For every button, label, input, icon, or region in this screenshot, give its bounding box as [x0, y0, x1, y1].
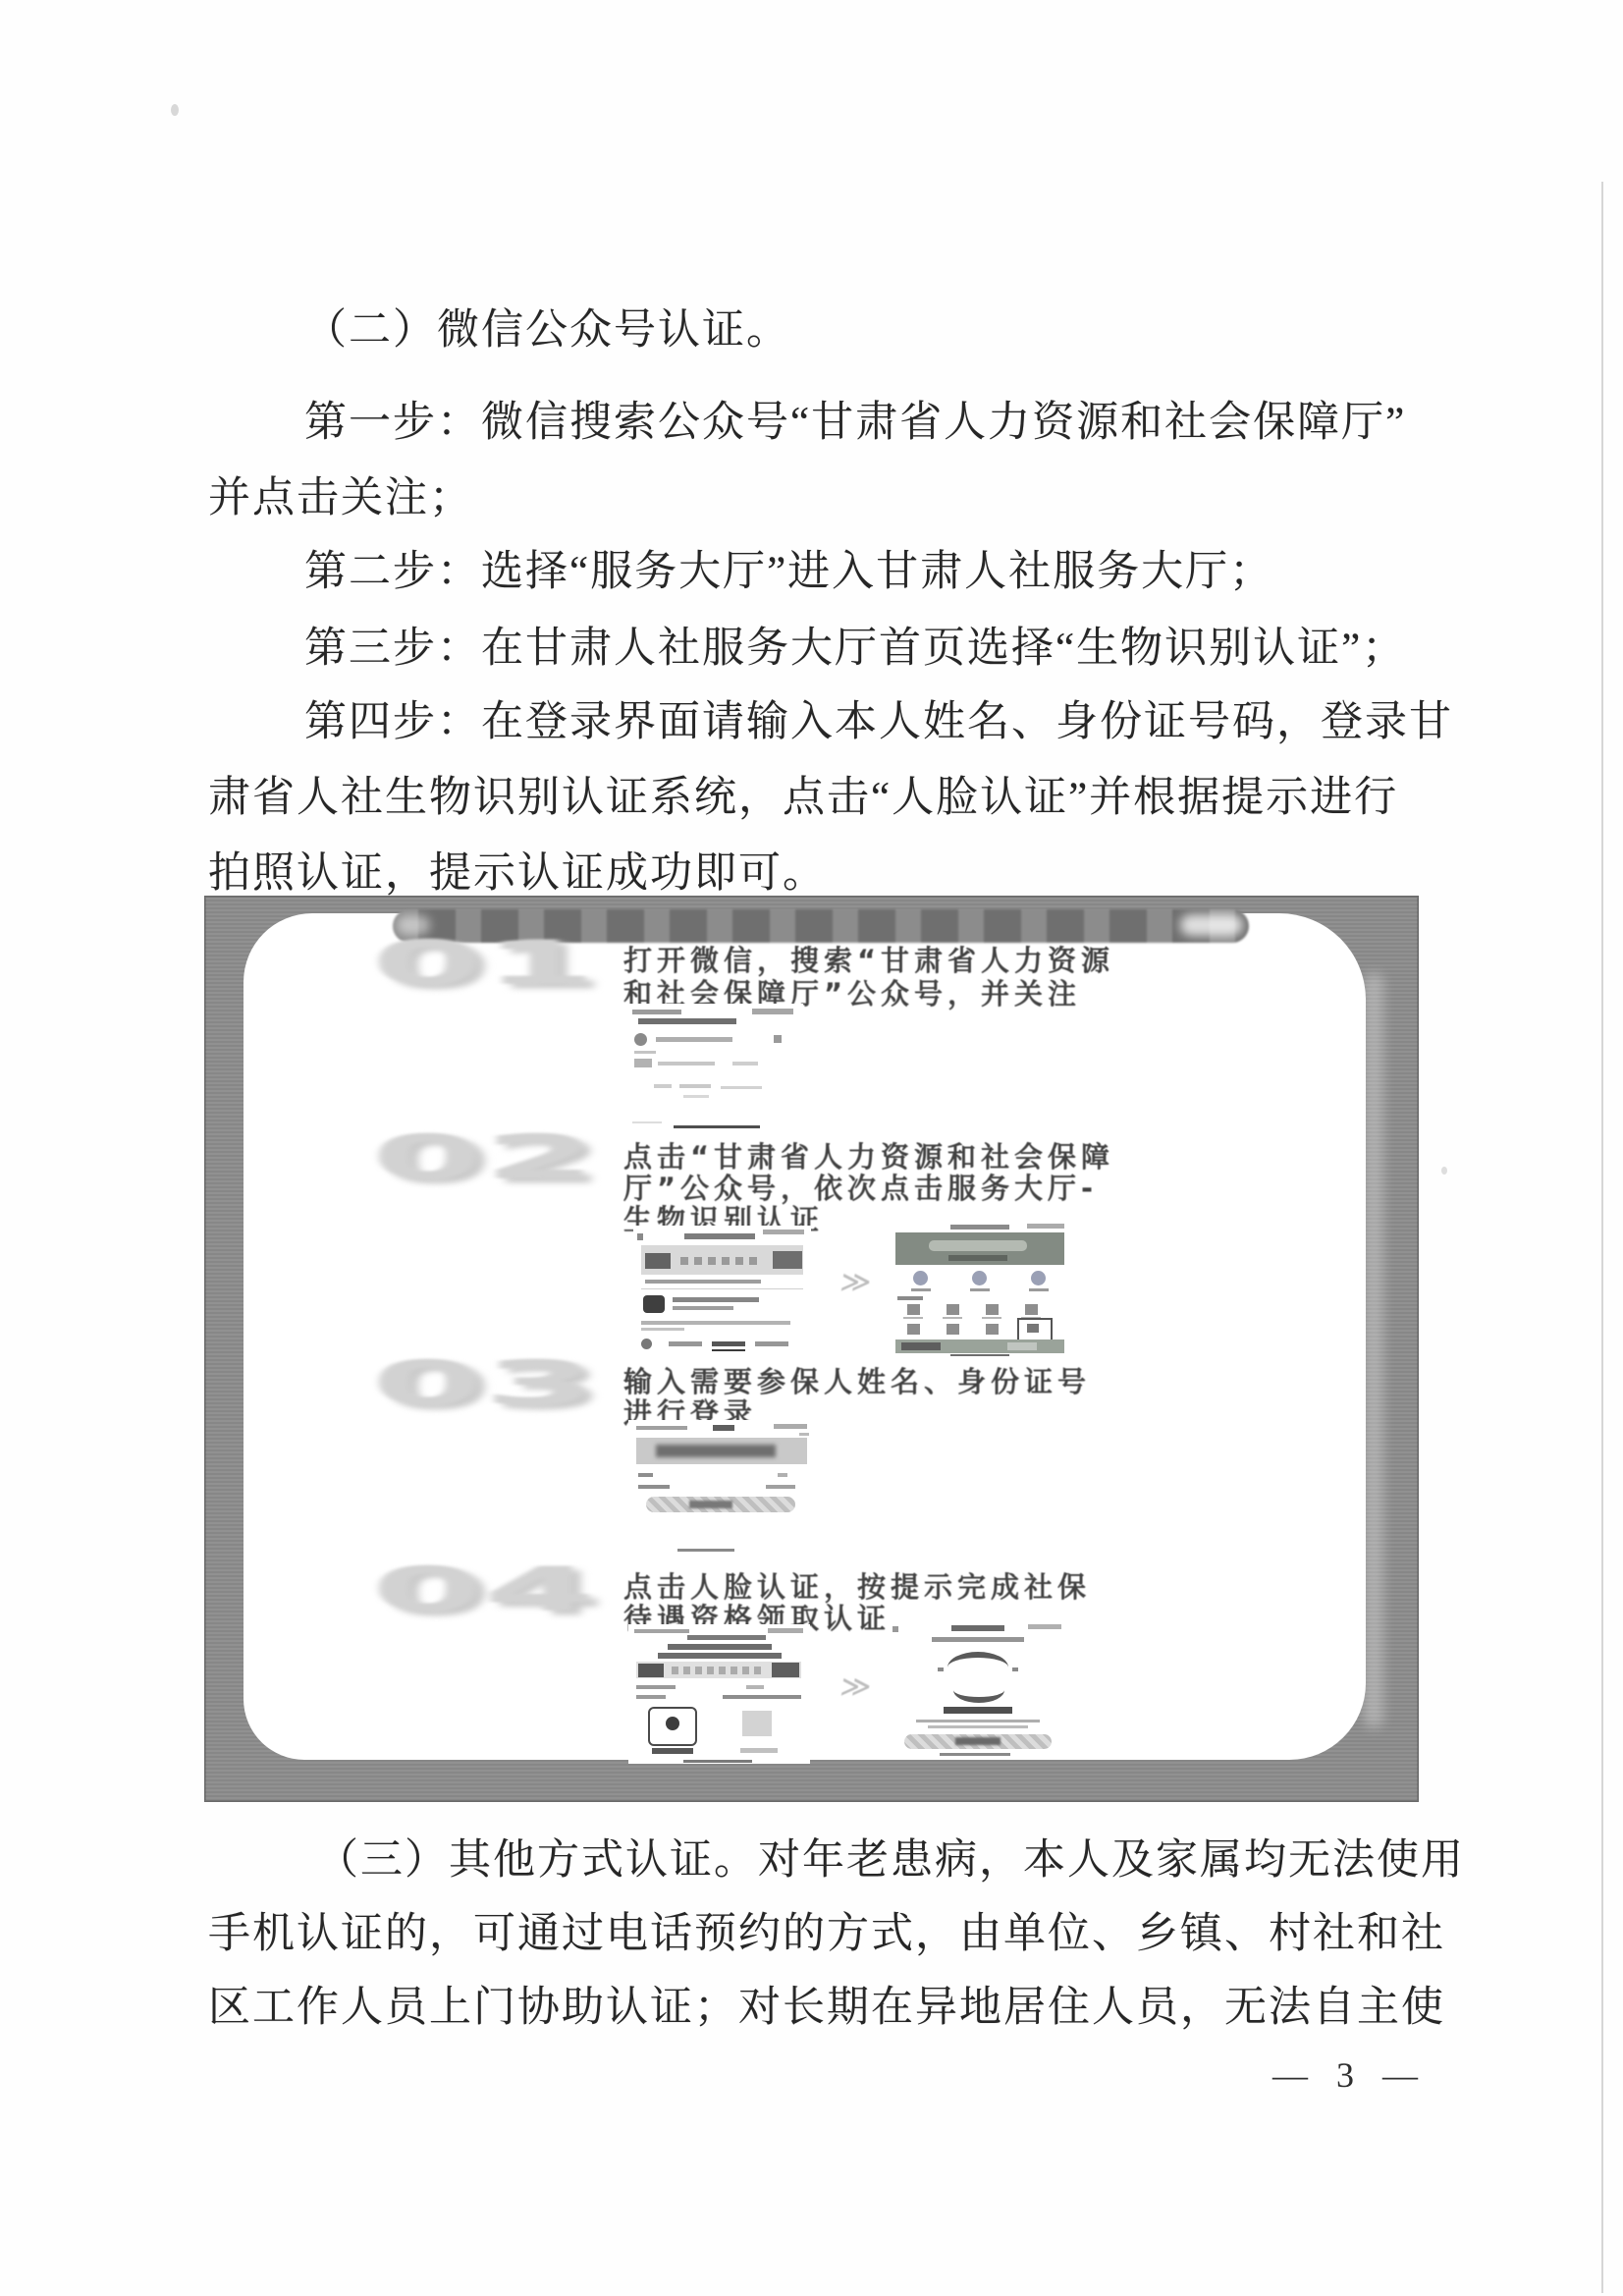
form-label	[636, 1695, 666, 1699]
banner-text	[680, 1257, 759, 1265]
blur-line	[634, 1051, 656, 1054]
step-numeral-03: 03	[371, 1353, 596, 1414]
avatar	[634, 1033, 647, 1046]
section3-line2: 手机认证的，可通过电话预约的方式，由单位、乡镇、村社和社	[208, 1900, 1445, 1960]
tab-label	[755, 1341, 788, 1346]
face-auth-icon	[666, 1717, 679, 1730]
scanned-document-page: （二）微信公众号认证。 第一步：微信搜索公众号“甘肃省人力资源和社会保障厅” 并…	[0, 0, 1623, 2296]
blur-line	[645, 1280, 761, 1284]
banner-figure	[645, 1253, 671, 1269]
page-title	[713, 1425, 734, 1431]
scan-highlight	[1180, 914, 1243, 936]
section-label	[897, 1296, 923, 1300]
status-bar-icons	[752, 1009, 793, 1014]
step3-text-line: 第三步：在甘肃人社服务大厅首页选择“生物识别认证”；	[304, 615, 1406, 675]
account-logo	[643, 1295, 665, 1313]
step1-text-line1: 第一步：微信搜索公众号“甘肃省人力资源和社会保障厅”	[304, 389, 1406, 449]
phone-screenshot-face-auth	[887, 1620, 1068, 1758]
timestamp-value	[723, 1695, 801, 1699]
back-icon	[893, 1626, 898, 1632]
tab-label	[669, 1341, 702, 1346]
section3-line1: （三）其他方式认证。对年老患病，本人及家属均无法使用	[316, 1827, 1465, 1886]
blur-line	[658, 1062, 715, 1066]
step2-text-line: 第二步：选择“服务大厅”进入甘肃人社服务大厅；	[304, 538, 1273, 598]
face-outline-bottom	[953, 1677, 1004, 1703]
phone-screenshot-auth-system	[628, 1624, 810, 1764]
icon-label	[1029, 1288, 1049, 1291]
grid-icon	[986, 1304, 999, 1315]
tag-badge	[634, 1059, 652, 1067]
step4-text-line1: 第四步：在登录界面请输入本人姓名、身份证号码，登录甘	[304, 688, 1453, 748]
hero-banner-subtitle	[948, 1255, 1007, 1261]
blur-line	[721, 1086, 762, 1089]
blur-line	[673, 1306, 733, 1310]
banner-text	[1007, 1342, 1037, 1350]
section3-line3: 区工作人员上门协助认证；对长期在异地居住人员，无法自主使	[208, 1974, 1445, 2034]
blur-line	[932, 1637, 1024, 1642]
phone-screenshot-service-hall	[890, 1220, 1070, 1357]
blur-line	[950, 1225, 1009, 1230]
blur-line	[668, 1644, 772, 1650]
illustration-figure	[638, 1664, 664, 1677]
icon-label	[982, 1317, 1001, 1319]
status-bar-icons	[768, 1628, 803, 1633]
step4-text-line3: 拍照认证，提示认证成功即可。	[208, 840, 827, 900]
button-label	[740, 1748, 778, 1753]
home-indicator	[950, 1354, 1009, 1356]
arrow-right-icon: ≫	[839, 1265, 874, 1299]
blur-line	[732, 1062, 758, 1066]
avatar	[641, 1339, 652, 1349]
grid-icon	[1027, 1324, 1039, 1333]
grid-icon	[907, 1324, 920, 1335]
step-numeral-04: 04	[371, 1559, 596, 1620]
instruction-label	[944, 1707, 1012, 1714]
scan-speck	[1441, 1167, 1447, 1175]
page-number: — 3 —	[1272, 2054, 1428, 2096]
form-value	[778, 1473, 787, 1477]
illustration-figure	[772, 1663, 799, 1677]
blur-line	[632, 1010, 681, 1014]
feature-icon	[913, 1271, 928, 1285]
blur-line	[658, 1653, 782, 1659]
blur-line	[683, 1095, 709, 1098]
blur-line	[634, 1629, 689, 1633]
blur-line	[636, 1426, 687, 1430]
banner-text	[656, 1445, 776, 1457]
blur-line	[632, 1121, 662, 1123]
feature-icon	[972, 1271, 987, 1285]
scan-speck	[171, 104, 179, 116]
step-numeral-01: 01	[371, 933, 596, 994]
step4-text-line2: 肃省人社生物识别认证系统，点击“人脸认证”并根据提示进行	[208, 764, 1398, 824]
status-bar-icons	[1028, 1624, 1061, 1629]
grid-icon	[986, 1324, 999, 1335]
feature-icon	[1031, 1271, 1046, 1285]
status-bar-icons	[763, 1230, 804, 1234]
form-label	[638, 1473, 653, 1477]
divider	[674, 1125, 760, 1128]
phone-screenshot-wechat-search	[626, 1004, 803, 1136]
phone-screenshot-login	[628, 1420, 815, 1556]
banner-text	[901, 1342, 941, 1350]
icon-label	[943, 1317, 962, 1319]
face-dot	[1012, 1667, 1018, 1671]
tab-underline	[712, 1349, 745, 1351]
divider	[641, 1288, 803, 1289]
banner-figure	[773, 1251, 802, 1269]
blur-line	[656, 1037, 732, 1042]
home-indicator	[683, 1760, 752, 1763]
blur-line	[641, 1328, 684, 1331]
button-text	[689, 1501, 732, 1508]
hero-banner-title	[929, 1240, 1027, 1251]
page-title	[951, 1625, 1004, 1631]
home-indicator	[940, 1753, 1010, 1756]
blur-line	[928, 1725, 1028, 1728]
grid-icon	[1025, 1304, 1038, 1315]
status-bar-icons	[774, 1424, 807, 1429]
more-icon	[799, 1433, 809, 1436]
blur-line	[673, 1297, 759, 1302]
arrow-right-icon: ≫	[839, 1669, 874, 1704]
form-label	[638, 1485, 670, 1489]
icon-label	[970, 1288, 990, 1291]
blur-line	[638, 1018, 736, 1024]
illustration-text	[672, 1667, 766, 1674]
grid-icon	[907, 1304, 920, 1315]
button-text	[955, 1737, 1001, 1745]
scan-line-artifact	[1601, 182, 1603, 2293]
scan-glow	[1364, 972, 1383, 1728]
grid-icon	[947, 1304, 959, 1315]
blur-line	[641, 1321, 790, 1325]
status-bar-icons	[1027, 1224, 1064, 1229]
blur-line	[916, 1720, 1040, 1722]
grid-icon	[947, 1324, 959, 1335]
blur-line	[684, 1233, 755, 1239]
section2-heading: （二）微信公众号认证。	[304, 297, 790, 356]
page-title	[687, 1635, 766, 1640]
step-numeral-02: 02	[371, 1127, 596, 1188]
icon-label	[903, 1317, 923, 1319]
tab-label-active	[712, 1341, 745, 1346]
home-indicator	[677, 1549, 734, 1552]
step1-text-line2: 并点击关注；	[208, 465, 473, 524]
blur-line	[679, 1084, 711, 1088]
phone-screenshot-official-account	[633, 1226, 811, 1353]
face-dot	[938, 1667, 944, 1671]
button-label	[652, 1748, 693, 1754]
form-value	[746, 1685, 764, 1689]
alt-auth-icon	[742, 1711, 772, 1736]
icon-label	[911, 1288, 931, 1291]
form-value	[766, 1485, 795, 1489]
back-icon	[637, 1233, 643, 1240]
follow-icon	[774, 1035, 782, 1043]
blur-line	[654, 1084, 672, 1088]
form-label	[636, 1685, 676, 1689]
